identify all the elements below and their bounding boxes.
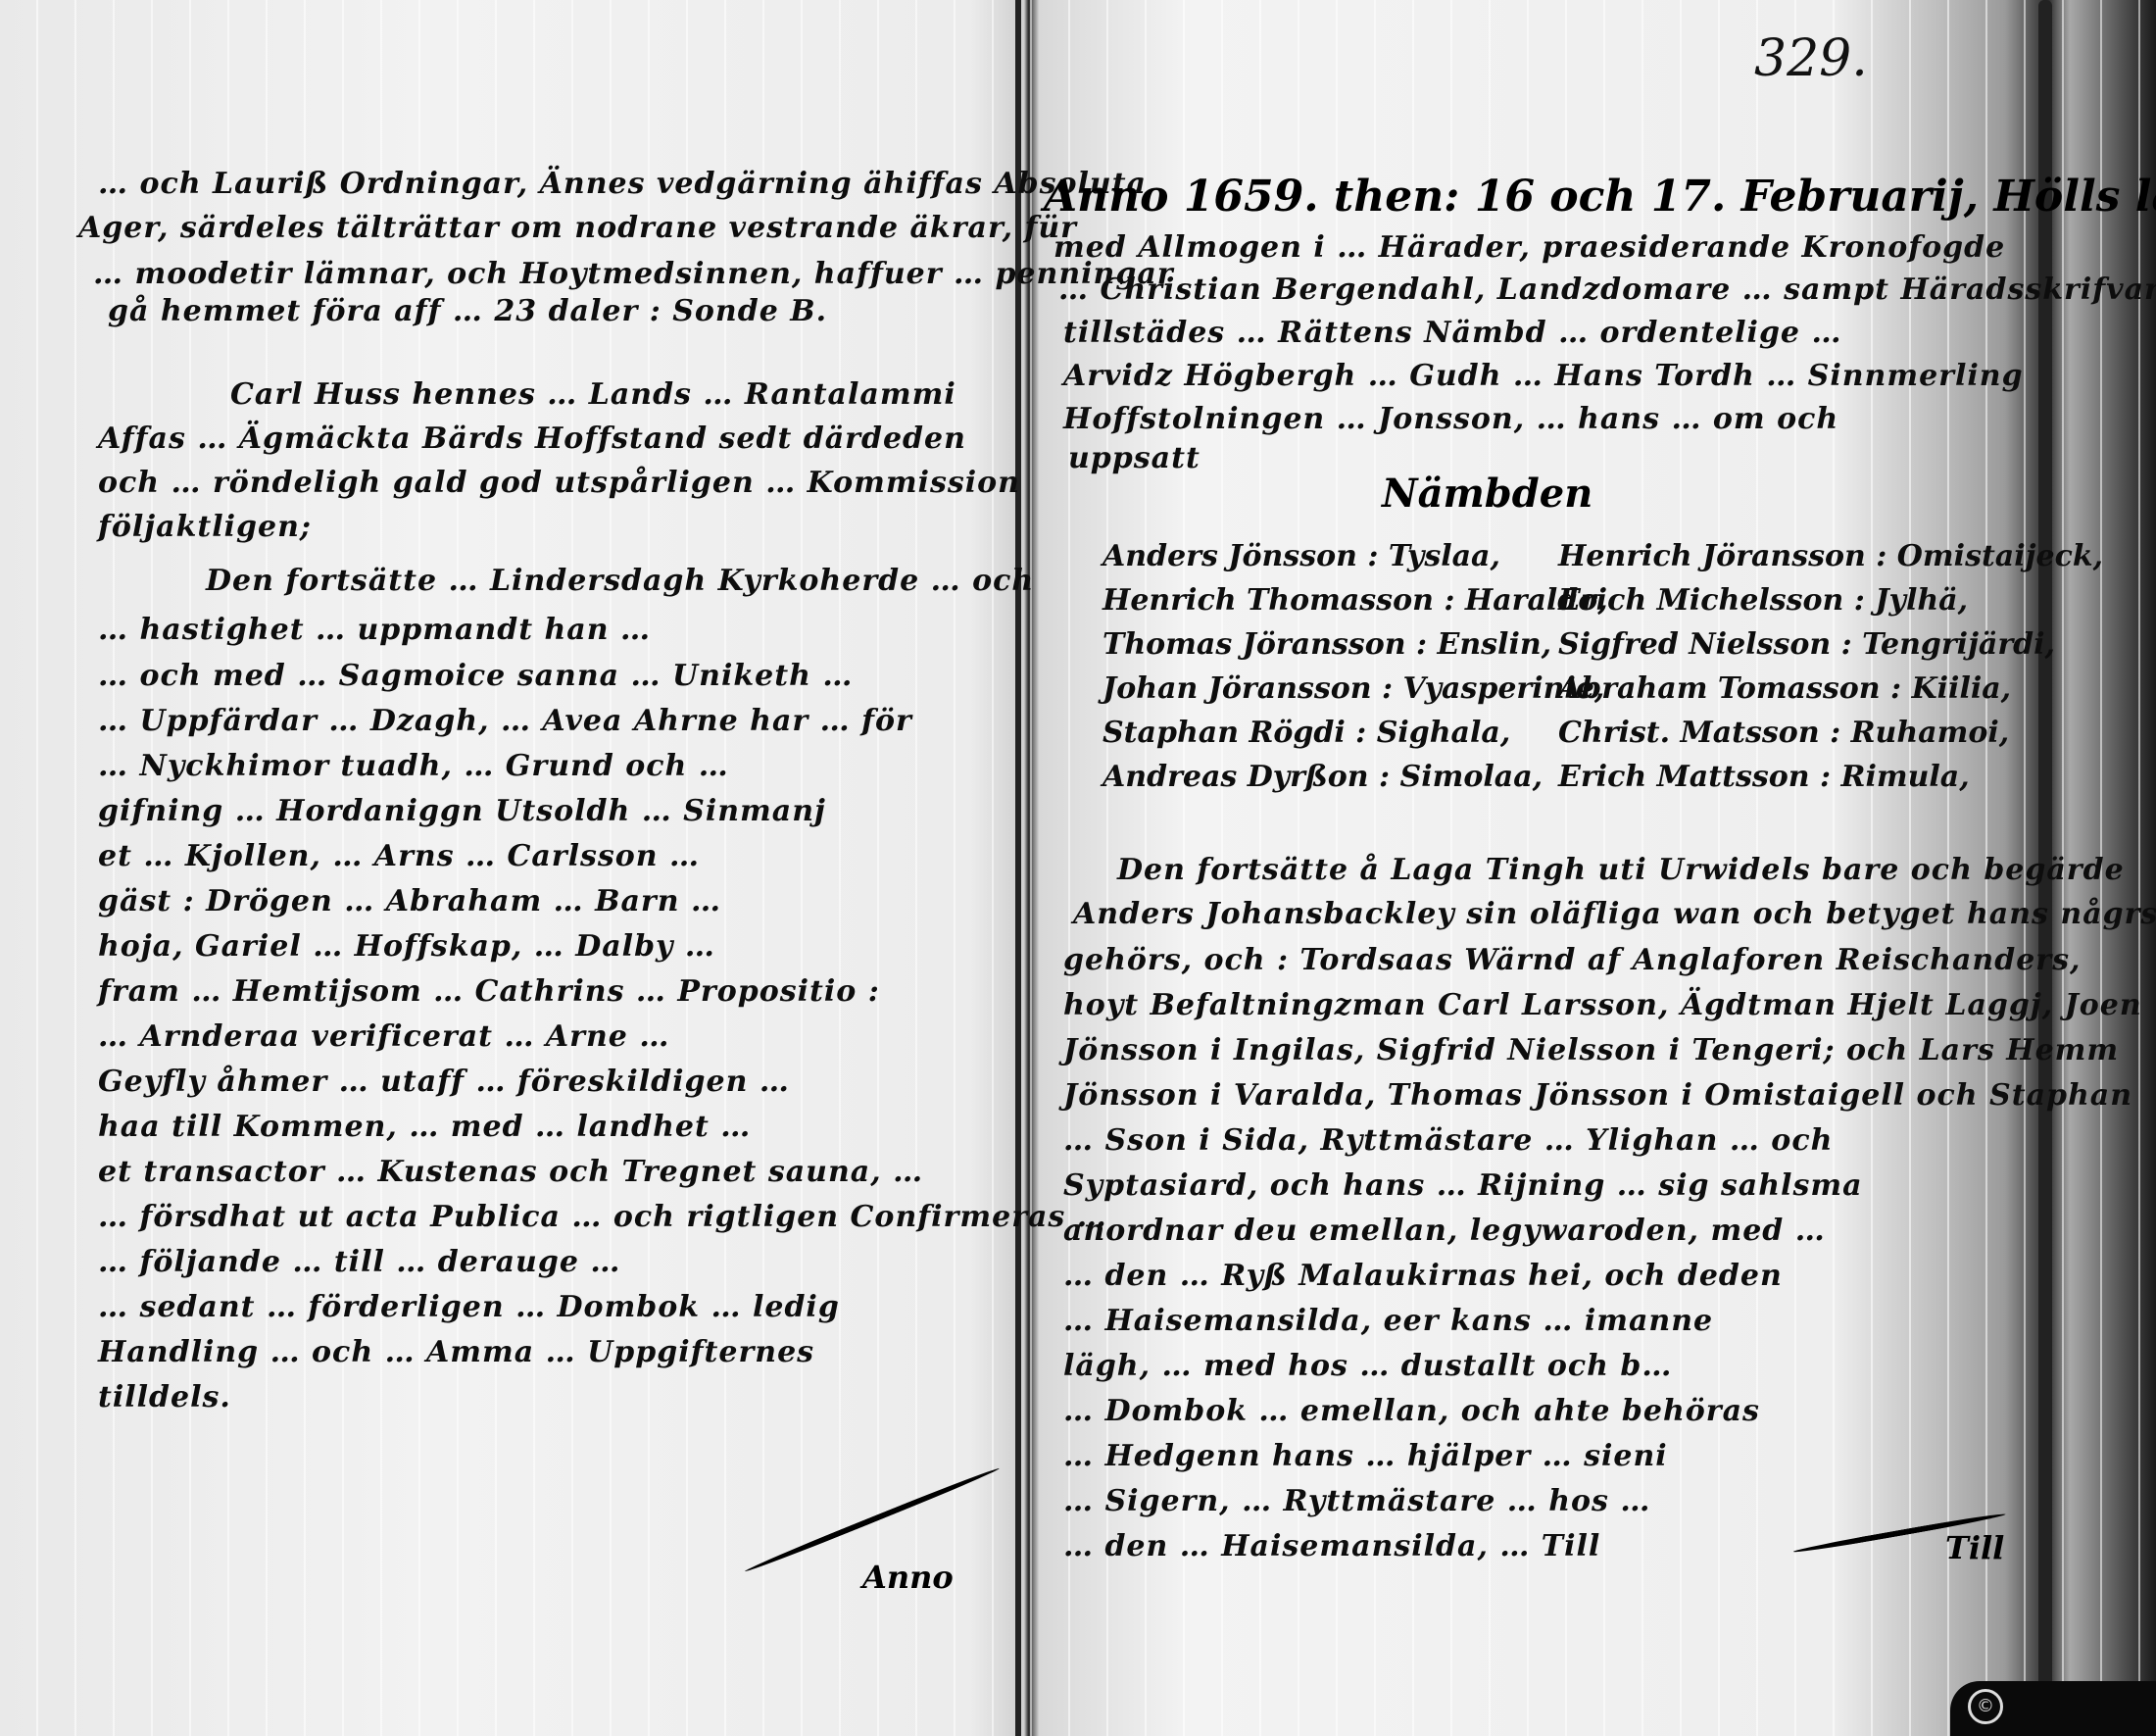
- text-line: … den … Haisemansilda, … Till: [1063, 1529, 1600, 1563]
- text-line: fram … Hemtijsom … Cathrins … Propositio…: [98, 974, 880, 1009]
- text-line: Hoffstolningen … Jonsson, … hans … om oc…: [1063, 402, 1838, 436]
- text-line: … Sigern, … Ryttmästare … hos …: [1063, 1484, 1650, 1518]
- text-line: … Christian Bergendahl, Landzdomare … sa…: [1058, 273, 2156, 307]
- text-line: Den fortsätte … Lindersdagh Kyrkoherde ……: [206, 564, 1034, 598]
- text-line: … sedant … förderligen … Dombok … ledig: [98, 1290, 840, 1324]
- text-line: Anders Johansbackley sin oläfliga wan oc…: [1073, 897, 2156, 931]
- juror-entry: Henrich Thomasson : Haraldo,: [1102, 583, 1608, 618]
- juror-entry: Anders Jönsson : Tyslaa,: [1102, 539, 1500, 573]
- text-line: följaktligen;: [98, 510, 312, 544]
- text-line: hoyt Befaltningzman Carl Larsson, Ägdtma…: [1063, 988, 2142, 1022]
- text-line: med Allmogen i … Härader, praesiderande …: [1053, 230, 2005, 265]
- juror-entry: Thomas Jöransson : Enslin,: [1102, 627, 1551, 662]
- text-line: lägh, … med hos … dustallt och b…: [1063, 1349, 1672, 1383]
- namnd-title: Nämbden: [1382, 471, 1592, 517]
- text-line: … och med … Sagmoice sanna … Uniketh …: [98, 659, 853, 693]
- text-line: Arvidz Högbergh … Gudh … Hans Tordh … Si…: [1063, 359, 2024, 393]
- catchword: Till: [1945, 1529, 2004, 1566]
- text-line: uppsatt: [1068, 441, 1200, 475]
- text-line: gå hemmet föra aff … 23 daler : Sonde B.: [108, 294, 827, 328]
- left-page: … och Lauriß Ordningar, Ännes vedgärning…: [0, 0, 1019, 1736]
- text-line: … den … Ryß Malaukirnas hei, och deden: [1063, 1259, 1783, 1293]
- text-line: gifning … Hordaniggn Utsoldh … Sinmanj: [98, 794, 826, 828]
- juror-entry: Erich Mattsson : Rimula,: [1558, 760, 1970, 794]
- text-line: … Uppfärdar … Dzagh, … Avea Ahrne har … …: [98, 704, 912, 738]
- text-line: … Nyckhimor tuadh, … Grund och …: [98, 749, 729, 783]
- text-line: … följande … till … derauge …: [98, 1245, 620, 1279]
- text-line: och … röndeligh gald god utspårligen … K…: [98, 466, 1020, 500]
- juror-entry: Johan Jöransson : Vyasperinie,: [1102, 671, 1604, 706]
- text-line: Carl Huss hennes … Lands … Rantalammi: [230, 377, 956, 412]
- juror-entry: Christ. Matsson : Ruhamoi,: [1558, 716, 2009, 750]
- juror-entry: Abraham Tomasson : Kiilia,: [1558, 671, 2011, 706]
- text-line: Den fortsätte å Laga Tingh uti Urwidels …: [1117, 853, 2125, 887]
- text-line: Handling … och … Amma … Uppgifternes: [98, 1335, 814, 1369]
- text-line: … försdhat ut acta Publica … och rigtlig…: [98, 1200, 1107, 1234]
- text-line: … Haisemansilda, eer kans … imanne: [1063, 1304, 1713, 1338]
- catchword: Anno: [862, 1559, 954, 1596]
- session-heading: Anno 1659. then: 16 och 17. Februarij, H…: [1044, 172, 2156, 222]
- text-line: … hastighet … uppmandt han …: [98, 613, 651, 647]
- text-line: … Hedgenn hans … hjälper … sieni: [1063, 1439, 1668, 1473]
- text-line: gehörs, och : Tordsaas Wärnd af Anglafor…: [1063, 943, 2081, 977]
- juror-entry: Erich Michelsson : Jylhä,: [1558, 583, 1968, 618]
- juror-entry: Sigfred Nielsson : Tengrijärdi,: [1558, 627, 2055, 662]
- text-line: Geyfly åhmer … utaff … föreskildigen …: [98, 1065, 790, 1099]
- text-line: Syptasiard, och hans … Rijning … sig sah…: [1063, 1168, 1863, 1203]
- text-line: gäst : Drögen … Abraham … Barn …: [98, 884, 721, 918]
- text-line: tilldels.: [98, 1380, 231, 1414]
- text-line: et transactor … Kustenas och Tregnet sau…: [98, 1155, 923, 1189]
- text-line: anordnar deu emellan, legywaroden, med …: [1063, 1214, 1826, 1248]
- folio-number: 329.: [1754, 29, 1868, 88]
- text-line: … och Lauriß Ordningar, Ännes vedgärning…: [98, 167, 1147, 201]
- archive-stamp: ©: [1950, 1681, 2156, 1736]
- juror-entry: Henrich Jöransson : Omistaijeck,: [1558, 539, 2103, 573]
- text-line: Jönsson i Ingilas, Sigfrid Nielsson i Te…: [1063, 1033, 2119, 1067]
- text-line: … moodetir lämnar, och Hoytmedsinnen, ha…: [93, 257, 1174, 291]
- text-line: … Arnderaa verificerat … Arne …: [98, 1019, 669, 1054]
- text-line: et … Kjollen, … Arns … Carlsson …: [98, 839, 700, 873]
- text-line: … Sson i Sida, Ryttmästare … Ylighan … o…: [1063, 1123, 1833, 1158]
- juror-entry: Staphan Rögdi : Sighala,: [1102, 716, 1510, 750]
- text-line: hoja, Gariel … Hoffskap, … Dalby …: [98, 929, 715, 964]
- text-line: Ager, särdeles tälträttar om nodrane ves…: [78, 211, 1077, 245]
- copyright-icon: ©: [1968, 1689, 2003, 1724]
- text-line: Jönsson i Varalda, Thomas Jönsson i Omis…: [1063, 1078, 2132, 1113]
- text-line: Affas … Ägmäckta Bärds Hoffstand sedt dä…: [98, 422, 966, 456]
- text-line: haa till Kommen, … med … landhet …: [98, 1110, 751, 1144]
- juror-entry: Andreas Dyrßon : Simolaa,: [1102, 760, 1543, 794]
- text-line: tillstädes … Rättens Nämbd … ordentelige…: [1063, 316, 1841, 350]
- text-line: … Dombok … emellan, och ahte behöras: [1063, 1394, 1760, 1428]
